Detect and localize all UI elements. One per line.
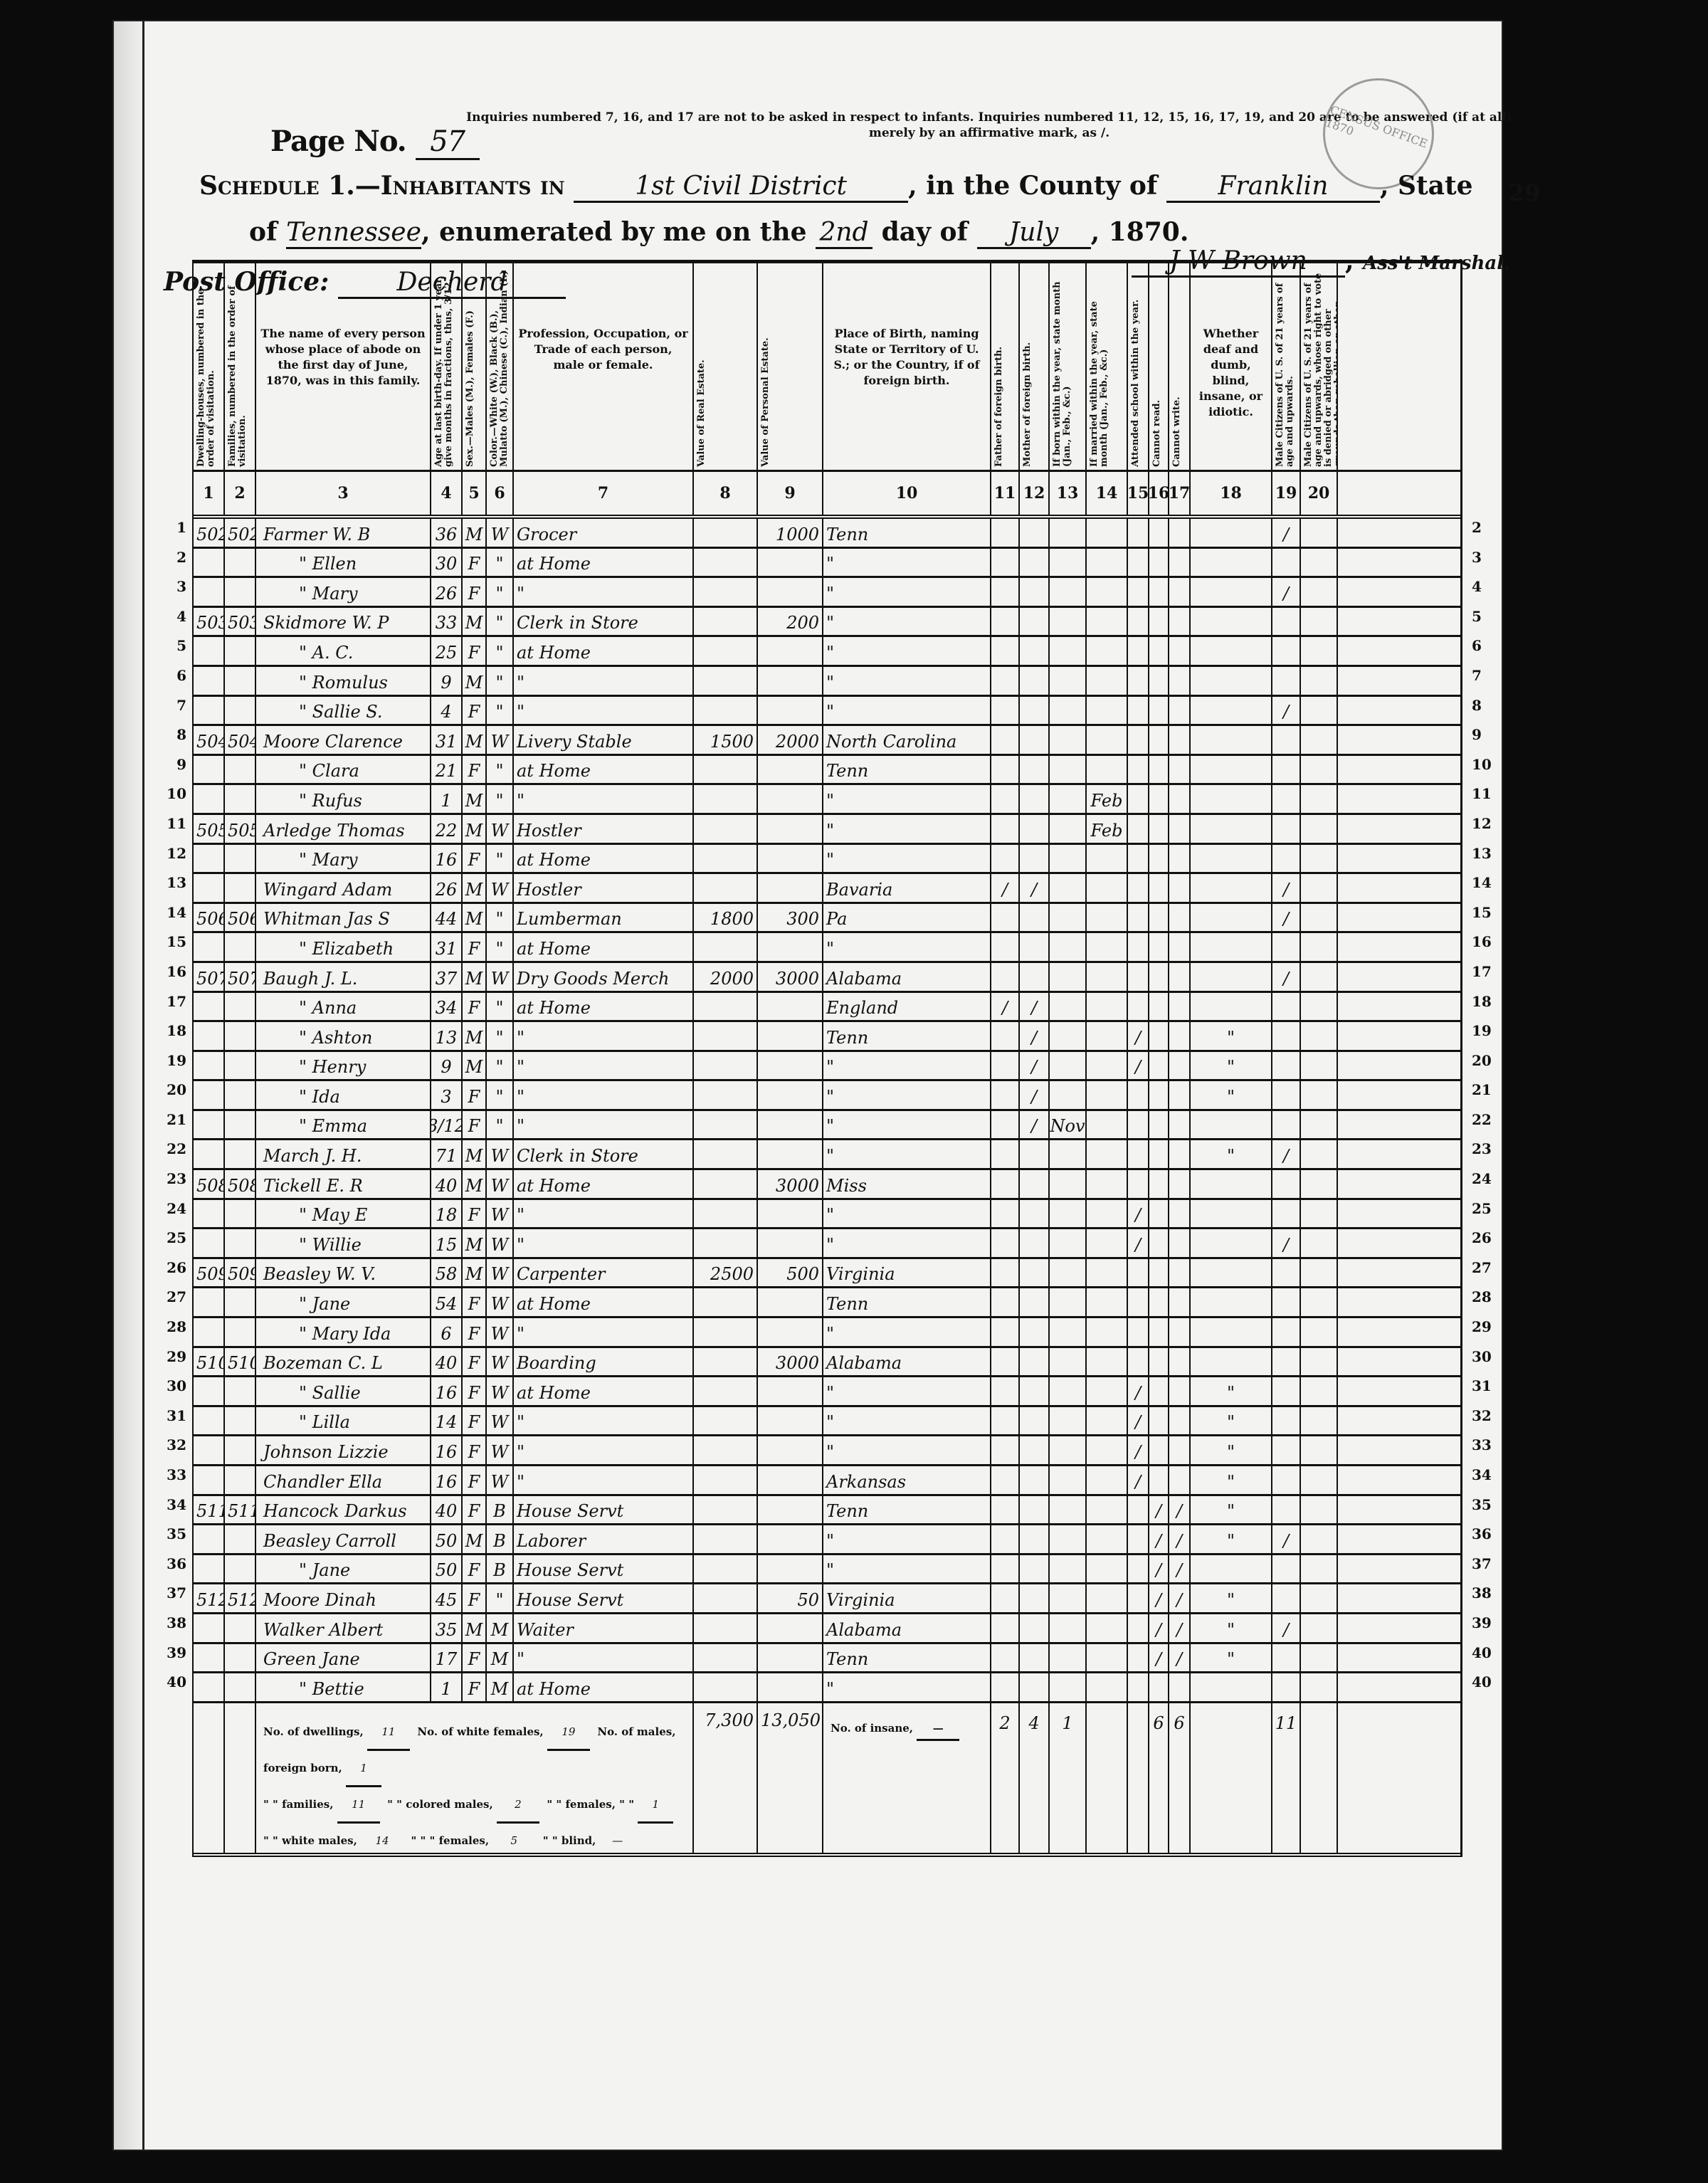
cell-occupation: Livery Stable [514,726,694,754]
cell-f18 [1191,549,1272,577]
right-line-number: 18 [1472,993,1500,1010]
cell-personal: 300 [758,904,823,932]
cell-f13 [1050,1496,1087,1524]
cell-real [694,785,758,813]
column-header-14: If married within the year, state month … [1087,263,1128,470]
cell-f20 [1301,697,1338,725]
cell-f20 [1301,1407,1338,1435]
cell-family [225,993,256,1021]
table-row: 25" Willie15MW""//26 [194,1229,1460,1259]
cell-f14 [1087,1584,1128,1612]
cell-f20 [1301,756,1338,784]
cell-f20 [1301,519,1338,547]
cell-f13 [1050,1436,1087,1464]
table-row: 35Beasley Carroll50MBLaborer"//"/36 [194,1525,1460,1555]
summary-total-personal: 13,050 [758,1703,823,1853]
cell-family [225,1436,256,1464]
table-row: 13Wingard Adam26MWHostlerBavaria///14 [194,874,1460,904]
cell-f16 [1149,519,1169,547]
cell-personal: 3000 [758,1348,823,1376]
column-header-10: Place of Birth, naming State or Territor… [823,263,991,470]
table-row: 36" Jane50FBHouse Servt"//37 [194,1555,1460,1585]
cell-real [694,933,758,961]
cell-f15 [1128,904,1149,932]
cell-f17 [1169,933,1191,961]
cell-family [225,1229,256,1257]
cell-family [225,845,256,873]
column-header-11: Father of foreign birth. [991,263,1020,470]
cell-real [694,697,758,725]
table-row: 22March J. H.71MWClerk in Store""/23 [194,1140,1460,1170]
total-real-estate: 7,300 [694,1703,757,1737]
cell-f17 [1169,993,1191,1021]
cell-f16: / [1149,1555,1169,1583]
column-number-17: 17 [1169,472,1191,515]
cell-personal [758,1052,823,1080]
cell-f19: / [1272,963,1301,991]
cell-f15 [1128,1140,1149,1168]
cell-real [694,549,758,577]
right-line-number: 39 [1472,1614,1500,1631]
cell-f11 [991,1377,1020,1405]
line-number: 37 [158,1584,186,1601]
cell-f15 [1128,549,1149,577]
cell-f20 [1301,1288,1338,1316]
cell-real [694,1200,758,1228]
cell-f20 [1301,1081,1338,1109]
cell-f19 [1272,933,1301,961]
cell-real [694,1525,758,1553]
cell-color: W [487,1288,514,1316]
cell-name: " Sallie S. [256,697,431,725]
cell-f11 [991,1318,1020,1346]
cell-age: 6 [431,1318,463,1346]
cell-occupation: House Servt [514,1555,694,1583]
cell-name: Skidmore W. P [256,608,431,636]
cell-family [225,785,256,813]
cell-dwelling [194,993,225,1021]
cell-personal [758,637,823,665]
cell-f16 [1149,1348,1169,1376]
cell-family [225,1555,256,1583]
cell-f16 [1149,904,1169,932]
cell-f17 [1169,519,1191,547]
cell-age: 45 [431,1584,463,1612]
line-number: 4 [158,608,186,625]
cell-f15 [1128,667,1149,695]
cell-age: 25 [431,637,463,665]
cell-f16 [1149,1377,1169,1405]
cell-f20 [1301,963,1338,991]
column-header-2: Families, numbered in the order of visit… [225,263,256,470]
cell-f18: " [1191,1436,1272,1464]
cell-f17 [1169,1466,1191,1494]
cell-f18: " [1191,1496,1272,1524]
column-number-10: 10 [823,472,991,515]
cell-birthplace: " [823,1318,991,1346]
cell-f13 [1050,667,1087,695]
cell-f16: / [1149,1496,1169,1524]
cell-birthplace: " [823,1377,991,1405]
cell-f14 [1087,756,1128,784]
cell-age: 26 [431,874,463,902]
column-number-1: 1 [194,472,225,515]
cell-f17 [1169,1111,1191,1139]
cell-real [694,1318,758,1346]
cell-dwelling [194,1644,225,1672]
cell-f18: " [1191,1466,1272,1494]
cell-real [694,1348,758,1376]
cell-occupation: at Home [514,756,694,784]
right-line-number: 25 [1472,1200,1500,1217]
cell-f16: / [1149,1644,1169,1672]
cell-family [225,1673,256,1701]
cell-personal [758,1081,823,1109]
cell-family [225,1407,256,1435]
cell-personal [758,1614,823,1642]
cell-family [225,1140,256,1168]
cell-f11 [991,519,1020,547]
cell-dwelling [194,1052,225,1080]
cell-f11: / [991,993,1020,1021]
cell-f19 [1272,1111,1301,1139]
cell-sex: F [463,1673,487,1701]
right-line-number: 33 [1472,1436,1500,1453]
cell-f13 [1050,1377,1087,1405]
cell-f20 [1301,1200,1338,1228]
cell-birthplace: Virginia [823,1259,991,1287]
cell-f15 [1128,1348,1149,1376]
cell-f16 [1149,1081,1169,1109]
cell-name: " Jane [256,1288,431,1316]
cell-personal [758,993,823,1021]
county-field: Franklin [1166,172,1380,203]
cell-personal [758,1673,823,1701]
cell-dwelling: 506 [194,904,225,932]
cell-name: " Rufus [256,785,431,813]
cell-birthplace: " [823,608,991,636]
cell-occupation: " [514,1052,694,1080]
line-number: 17 [158,993,186,1010]
column-header-1: Dwelling-houses, numbered in the order o… [194,263,225,470]
cell-f16: / [1149,1584,1169,1612]
right-line-number: 27 [1472,1259,1500,1276]
cell-name: Beasley W. V. [256,1259,431,1287]
cell-name: " May E [256,1200,431,1228]
table-row: 34511511Hancock Darkus40FBHouse ServtTen… [194,1496,1460,1526]
cell-age: 37 [431,963,463,991]
cell-family: 506 [225,904,256,932]
cell-birthplace: " [823,1525,991,1553]
cell-dwelling [194,1288,225,1316]
cell-real [694,608,758,636]
cell-f16 [1149,993,1169,1021]
cell-personal: 3000 [758,1170,823,1198]
cell-f18: " [1191,1614,1272,1642]
cell-age: 36 [431,519,463,547]
cell-f20 [1301,1140,1338,1168]
cell-sex: F [463,1466,487,1494]
cell-f11 [991,785,1020,813]
cell-sex: F [463,1555,487,1583]
cell-f13 [1050,1555,1087,1583]
cell-f12 [1020,1229,1050,1257]
cell-f17: / [1169,1644,1191,1672]
cell-f19 [1272,1377,1301,1405]
cell-name: Beasley Carroll [256,1525,431,1553]
cell-personal [758,549,823,577]
cell-birthplace: " [823,637,991,665]
cell-f19: / [1272,578,1301,606]
sheet-number: 29 [1509,179,1541,206]
table-row: 40" Bettie1FMat Home"40 [194,1673,1460,1703]
cell-f15 [1128,933,1149,961]
cell-age: 40 [431,1170,463,1198]
cell-f16 [1149,1200,1169,1228]
cell-dwelling [194,1555,225,1583]
month-field: July [977,218,1091,249]
cell-sex: F [463,993,487,1021]
cell-f11 [991,608,1020,636]
cell-f12 [1020,1466,1050,1494]
cell-personal [758,697,823,725]
cell-f18 [1191,1259,1272,1287]
cell-f14 [1087,697,1128,725]
cell-personal [758,1496,823,1524]
column-number-16: 16 [1149,472,1169,515]
cell-birthplace: " [823,1111,991,1139]
column-number-20: 20 [1301,472,1338,515]
cell-name: March J. H. [256,1140,431,1168]
cell-real [694,1584,758,1612]
cell-f18 [1191,1229,1272,1257]
cell-f19: / [1272,697,1301,725]
cell-family [225,637,256,665]
cell-f16 [1149,1407,1169,1435]
cell-f12 [1020,1496,1050,1524]
cell-f20 [1301,1052,1338,1080]
cell-f16: / [1149,1614,1169,1642]
column-header-16: Cannot read. [1149,263,1169,470]
cell-age: 15 [431,1229,463,1257]
cell-real [694,637,758,665]
cell-color: " [487,1022,514,1050]
cell-f11 [991,933,1020,961]
cell-f13 [1050,1466,1087,1494]
summary-insane: No. of insane, — [823,1703,991,1853]
cell-f14 [1087,993,1128,1021]
cell-f13 [1050,1081,1087,1109]
cell-f13 [1050,1140,1087,1168]
cell-f11 [991,697,1020,725]
cell-age: 14 [431,1407,463,1435]
cell-age: 4 [431,697,463,725]
cell-f20 [1301,1525,1338,1553]
cell-f14 [1087,1496,1128,1524]
cell-f13 [1050,815,1087,843]
column-number-2: 2 [225,472,256,515]
cell-name: " Jane [256,1555,431,1583]
cell-f11 [991,1407,1020,1435]
cell-real [694,1377,758,1405]
cell-f15 [1128,1644,1149,1672]
cell-occupation: Dry Goods Merch [514,963,694,991]
line-number: 10 [158,785,186,802]
cell-f15 [1128,726,1149,754]
cell-color: W [487,1466,514,1494]
cell-sex: F [463,549,487,577]
cell-f11 [991,1348,1020,1376]
cell-f20 [1301,874,1338,902]
line-number: 35 [158,1525,186,1542]
cell-dwelling: 509 [194,1259,225,1287]
cell-occupation: Boarding [514,1348,694,1376]
cell-f13 [1050,845,1087,873]
cell-occupation: at Home [514,993,694,1021]
cell-birthplace: Alabama [823,963,991,991]
cell-f14 [1087,1555,1128,1583]
table-row: 27" Jane54FWat HomeTenn28 [194,1288,1460,1318]
cell-family: 512 [225,1584,256,1612]
population-schedule-table: Dwelling-houses, numbered in the order o… [192,260,1462,1857]
cell-f12 [1020,785,1050,813]
line-number: 26 [158,1259,186,1276]
cell-f20 [1301,667,1338,695]
cell-f18 [1191,637,1272,665]
cell-real [694,1022,758,1050]
cell-f17: / [1169,1614,1191,1642]
cell-dwelling [194,1407,225,1435]
cell-f18 [1191,667,1272,695]
cell-f20 [1301,1348,1338,1376]
cell-family [225,933,256,961]
cell-f17: / [1169,1584,1191,1612]
cell-f19 [1272,785,1301,813]
right-line-number: 13 [1472,845,1500,862]
summary-tally-17: 6 [1169,1703,1191,1853]
cell-f16 [1149,1229,1169,1257]
cell-family: 511 [225,1496,256,1524]
cell-f12: / [1020,1022,1050,1050]
cell-birthplace: Tenn [823,519,991,547]
table-row: 12" Mary16F"at Home"13 [194,845,1460,875]
summary-tally-15 [1128,1703,1149,1853]
cell-dwelling: 510 [194,1348,225,1376]
cell-f11 [991,845,1020,873]
right-line-number: 29 [1472,1318,1500,1335]
cell-birthplace: " [823,667,991,695]
cell-f14 [1087,963,1128,991]
cell-name: " Clara [256,756,431,784]
cell-dwelling [194,1200,225,1228]
cell-f15: / [1128,1052,1149,1080]
cell-occupation: Hostler [514,874,694,902]
cell-age: 44 [431,904,463,932]
cell-personal [758,1525,823,1553]
table-row: 30" Sallie16FWat Home"/"31 [194,1377,1460,1407]
cell-f15 [1128,1111,1149,1139]
cell-f19 [1272,993,1301,1021]
table-row: 16507507Baugh J. L.37MWDry Goods Merch20… [194,963,1460,993]
cell-f14 [1087,1200,1128,1228]
cell-f20 [1301,1614,1338,1642]
table-row: 37512512Moore Dinah45F"House Servt50Virg… [194,1584,1460,1614]
cell-dwelling [194,637,225,665]
cell-occupation: Clerk in Store [514,608,694,636]
cell-name: " Mary [256,578,431,606]
cell-sex: M [463,519,487,547]
summary-total-real: 7,300 [694,1703,758,1853]
cell-f12 [1020,1407,1050,1435]
cell-personal: 2000 [758,726,823,754]
cell-f14 [1087,1081,1128,1109]
cell-birthplace: " [823,1407,991,1435]
cell-f19 [1272,1288,1301,1316]
right-line-number: 15 [1472,904,1500,921]
summary-tally-18 [1191,1703,1272,1853]
cell-f12 [1020,1259,1050,1287]
cell-f15: / [1128,1200,1149,1228]
cell-name: Whitman Jas S [256,904,431,932]
column-number-12: 12 [1020,472,1050,515]
cell-f19: / [1272,1614,1301,1642]
cell-f13 [1050,1407,1087,1435]
cell-f18 [1191,963,1272,991]
cell-age: 54 [431,1288,463,1316]
cell-f14 [1087,667,1128,695]
right-line-number: 5 [1472,608,1500,625]
summary-tally-20 [1301,1703,1338,1853]
cell-f11 [991,1436,1020,1464]
cell-birthplace: Alabama [823,1614,991,1642]
line-number: 7 [158,697,186,714]
cell-f19 [1272,1200,1301,1228]
cell-f11 [991,1525,1020,1553]
table-row: 19" Henry9M"""//"20 [194,1052,1460,1082]
cell-dwelling [194,549,225,577]
cell-f17 [1169,756,1191,784]
cell-f13 [1050,874,1087,902]
cell-age: 34 [431,993,463,1021]
cell-f14 [1087,1377,1128,1405]
cell-sex: F [463,1644,487,1672]
cell-f11 [991,1200,1020,1228]
right-line-number: 32 [1472,1407,1500,1424]
line-number: 11 [158,815,186,832]
cell-f19 [1272,637,1301,665]
line-number: 21 [158,1111,186,1128]
cell-f11: / [991,874,1020,902]
cell-occupation: at Home [514,637,694,665]
cell-f11 [991,1052,1020,1080]
cell-f13 [1050,1170,1087,1198]
table-row: 38Walker Albert35MMWaiterAlabama//"/39 [194,1614,1460,1644]
cell-f11 [991,726,1020,754]
cell-f15 [1128,993,1149,1021]
cell-f14 [1087,1614,1128,1642]
cell-age: 33 [431,608,463,636]
cell-f15 [1128,1170,1149,1198]
cell-f14 [1087,1140,1128,1168]
cell-f14 [1087,933,1128,961]
cell-f12 [1020,1170,1050,1198]
cell-f11 [991,1140,1020,1168]
cell-age: 16 [431,845,463,873]
cell-f17 [1169,815,1191,843]
cell-name: " Ida [256,1081,431,1109]
cell-f11 [991,1081,1020,1109]
column-header-20: Male Citizens of U. S. of 21 years of ag… [1301,263,1338,470]
